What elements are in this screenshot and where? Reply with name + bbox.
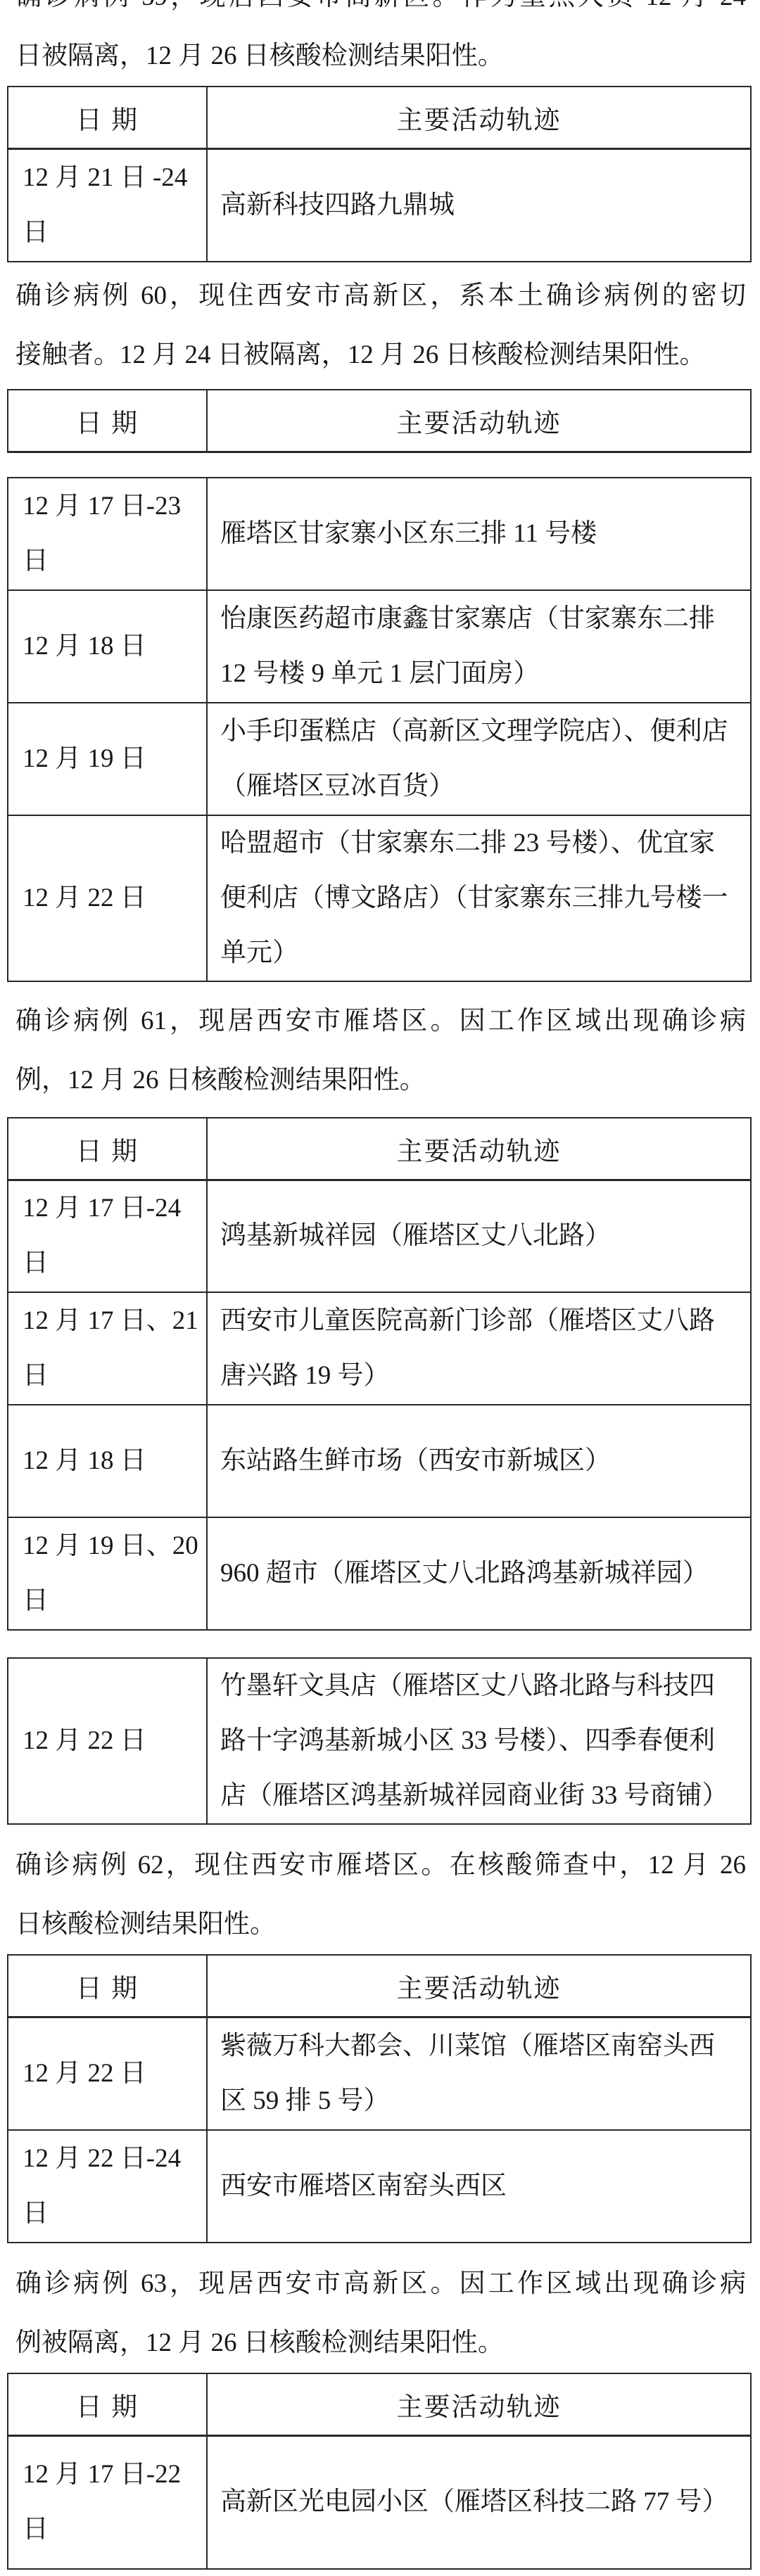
activity-cell: 960 超市（雁塔区丈八北路鸿基新城祥园） xyxy=(207,1517,751,1630)
table-header-date: 日 期 xyxy=(8,2373,207,2436)
intro-line: 确诊病例 59，现居西安市高新区。作为重点人员 12 月 24 xyxy=(15,0,746,27)
intro-line: 确诊病例 60，现住西安市高新区，系本土确诊病例的密切 xyxy=(15,267,746,326)
date-cell: 12 月 18 日 xyxy=(8,1405,207,1517)
page-break-gap xyxy=(7,453,752,477)
table-row: 12 月 22 日-24 日 西安市雁塔区南窑头西区 xyxy=(8,2130,751,2243)
table-header-date: 日 期 xyxy=(8,1118,207,1180)
table-row: 12 月 22 日 哈盟超市（甘家寨东二排 23 号楼）、优宜家便利店（博文路店… xyxy=(8,815,751,981)
activity-cell: 雁塔区甘家寨小区东三排 11 号楼 xyxy=(207,478,751,590)
activity-cell: 西安市儿童医院高新门诊部（雁塔区丈八路唐兴路 19 号） xyxy=(207,1292,751,1405)
date-cell: 12 月 19 日 xyxy=(8,703,207,815)
activity-cell: 东站路生鲜市场（西安市新城区） xyxy=(207,1405,751,1517)
case-61-activity-table: 日 期 主要活动轨迹 12 月 17 日-24 日 鸿基新城祥园（雁塔区丈八北路… xyxy=(7,1117,752,1631)
table-row: 12 月 22 日 紫薇万科大都会、川菜馆（雁塔区南窑头西区 59 排 5 号） xyxy=(8,2017,751,2130)
table-row: 12 月 18 日 东站路生鲜市场（西安市新城区） xyxy=(8,1405,751,1517)
activity-cell: 哈盟超市（甘家寨东二排 23 号楼）、优宜家便利店（博文路店）（甘家寨东三排九号… xyxy=(207,815,751,981)
intro-line: 接触者。12 月 24 日被隔离，12 月 26 日核酸检测结果阳性。 xyxy=(15,326,746,385)
table-header-date: 日 期 xyxy=(8,1955,207,2017)
table-row: 12 月 17 日-22 日 高新区光电园小区（雁塔区科技二路 77 号） xyxy=(8,2435,751,2569)
date-cell: 12 月 22 日 xyxy=(8,2017,207,2130)
page-break-gap xyxy=(7,1631,752,1657)
intro-line: 例，12 月 26 日核酸检测结果阳性。 xyxy=(15,1051,746,1110)
date-cell: 12 月 17 日-24 日 xyxy=(8,1180,207,1292)
activity-cell: 高新区光电园小区（雁塔区科技二路 77 号） xyxy=(207,2435,751,2569)
date-cell: 12 月 18 日 xyxy=(8,590,207,703)
date-cell: 12 月 22 日-24 日 xyxy=(8,2130,207,2243)
table-header-activity: 主要活动轨迹 xyxy=(207,87,751,149)
table-header-row: 日 期 主要活动轨迹 xyxy=(8,390,751,452)
case-63-activity-table: 日 期 主要活动轨迹 12 月 17 日-22 日 高新区光电园小区（雁塔区科技… xyxy=(7,2373,752,2570)
case-60-activity-table-header: 日 期 主要活动轨迹 xyxy=(7,389,752,453)
case-60-intro: 确诊病例 60，现住西安市高新区，系本土确诊病例的密切 接触者。12 月 24 … xyxy=(15,267,746,385)
table-header-activity: 主要活动轨迹 xyxy=(207,390,751,452)
case-62-intro: 确诊病例 62，现住西安市雁塔区。在核酸筛查中，12 月 26 日核酸检测结果阳… xyxy=(15,1836,746,1954)
case-62-activity-table: 日 期 主要活动轨迹 12 月 22 日 紫薇万科大都会、川菜馆（雁塔区南窑头西… xyxy=(7,1954,752,2243)
date-cell: 12 月 22 日 xyxy=(8,1658,207,1824)
intro-line: 例被隔离，12 月 26 日核酸检测结果阳性。 xyxy=(15,2314,746,2373)
date-cell: 12 月 17 日-23 日 xyxy=(8,478,207,590)
table-row: 12 月 21 日 -24 日 高新科技四路九鼎城 xyxy=(8,149,751,262)
table-row: 12 月 22 日 竹墨轩文具店（雁塔区丈八路北路与科技四路十字鸿基新城小区 3… xyxy=(8,1658,751,1824)
case-61-intro: 确诊病例 61，现居西安市雁塔区。因工作区域出现确诊病 例，12 月 26 日核… xyxy=(15,992,746,1110)
document-content: 确诊病例 59，现居西安市高新区。作为重点人员 12 月 24 日被隔离，12 … xyxy=(0,0,760,2570)
date-cell: 12 月 17 日-22 日 xyxy=(8,2435,207,2569)
intro-line: 日被隔离，12 月 26 日核酸检测结果阳性。 xyxy=(15,27,746,86)
date-cell: 12 月 22 日 xyxy=(8,815,207,981)
activity-cell: 小手印蛋糕店（高新区文理学院店）、便利店（雁塔区豆冰百货） xyxy=(207,703,751,815)
intro-line: 确诊病例 62，现住西安市雁塔区。在核酸筛查中，12 月 26 xyxy=(15,1836,746,1895)
date-cell: 12 月 17 日、21 日 xyxy=(8,1292,207,1405)
table-header-activity: 主要活动轨迹 xyxy=(207,2373,751,2436)
case-59-activity-table: 日 期 主要活动轨迹 12 月 21 日 -24 日 高新科技四路九鼎城 xyxy=(7,86,752,262)
table-row: 12 月 18 日 怡康医药超市康鑫甘家寨店（甘家寨东二排 12 号楼 9 单元… xyxy=(8,590,751,703)
activity-cell: 竹墨轩文具店（雁塔区丈八路北路与科技四路十字鸿基新城小区 33 号楼）、四季春便… xyxy=(207,1658,751,1824)
table-header-row: 日 期 主要活动轨迹 xyxy=(8,2373,751,2436)
activity-cell: 鸿基新城祥园（雁塔区丈八北路） xyxy=(207,1180,751,1292)
table-row: 12 月 17 日、21 日 西安市儿童医院高新门诊部（雁塔区丈八路唐兴路 19… xyxy=(8,1292,751,1405)
table-row: 12 月 17 日-24 日 鸿基新城祥园（雁塔区丈八北路） xyxy=(8,1180,751,1292)
case-61-activity-table-continued: 12 月 22 日 竹墨轩文具店（雁塔区丈八路北路与科技四路十字鸿基新城小区 3… xyxy=(7,1657,752,1825)
table-header-activity: 主要活动轨迹 xyxy=(207,1118,751,1180)
table-header-row: 日 期 主要活动轨迹 xyxy=(8,1118,751,1180)
table-header-date: 日 期 xyxy=(8,87,207,149)
activity-cell: 西安市雁塔区南窑头西区 xyxy=(207,2130,751,2243)
table-header-date: 日 期 xyxy=(8,390,207,452)
date-cell: 12 月 19 日、20 日 xyxy=(8,1517,207,1630)
case-59-intro: 确诊病例 59，现居西安市高新区。作为重点人员 12 月 24 日被隔离，12 … xyxy=(15,0,746,86)
activity-cell: 高新科技四路九鼎城 xyxy=(207,149,751,262)
intro-line: 日核酸检测结果阳性。 xyxy=(15,1895,746,1954)
intro-line: 确诊病例 61，现居西安市雁塔区。因工作区域出现确诊病 xyxy=(15,992,746,1051)
table-header-activity: 主要活动轨迹 xyxy=(207,1955,751,2017)
activity-cell: 紫薇万科大都会、川菜馆（雁塔区南窑头西区 59 排 5 号） xyxy=(207,2017,751,2130)
date-cell: 12 月 21 日 -24 日 xyxy=(8,149,207,262)
table-row: 12 月 19 日、20 日 960 超市（雁塔区丈八北路鸿基新城祥园） xyxy=(8,1517,751,1630)
table-row: 12 月 19 日 小手印蛋糕店（高新区文理学院店）、便利店（雁塔区豆冰百货） xyxy=(8,703,751,815)
table-row: 12 月 17 日-23 日 雁塔区甘家寨小区东三排 11 号楼 xyxy=(8,478,751,590)
case-63-intro: 确诊病例 63，现居西安市高新区。因工作区域出现确诊病 例被隔离，12 月 26… xyxy=(15,2255,746,2373)
table-header-row: 日 期 主要活动轨迹 xyxy=(8,87,751,149)
intro-line: 确诊病例 63，现居西安市高新区。因工作区域出现确诊病 xyxy=(15,2255,746,2314)
case-60-activity-table-body: 12 月 17 日-23 日 雁塔区甘家寨小区东三排 11 号楼 12 月 18… xyxy=(7,477,752,982)
activity-cell: 怡康医药超市康鑫甘家寨店（甘家寨东二排 12 号楼 9 单元 1 层门面房） xyxy=(207,590,751,703)
table-header-row: 日 期 主要活动轨迹 xyxy=(8,1955,751,2017)
document-page: 确诊病例 59，现居西安市高新区。作为重点人员 12 月 24 日被隔离，12 … xyxy=(0,0,760,2576)
